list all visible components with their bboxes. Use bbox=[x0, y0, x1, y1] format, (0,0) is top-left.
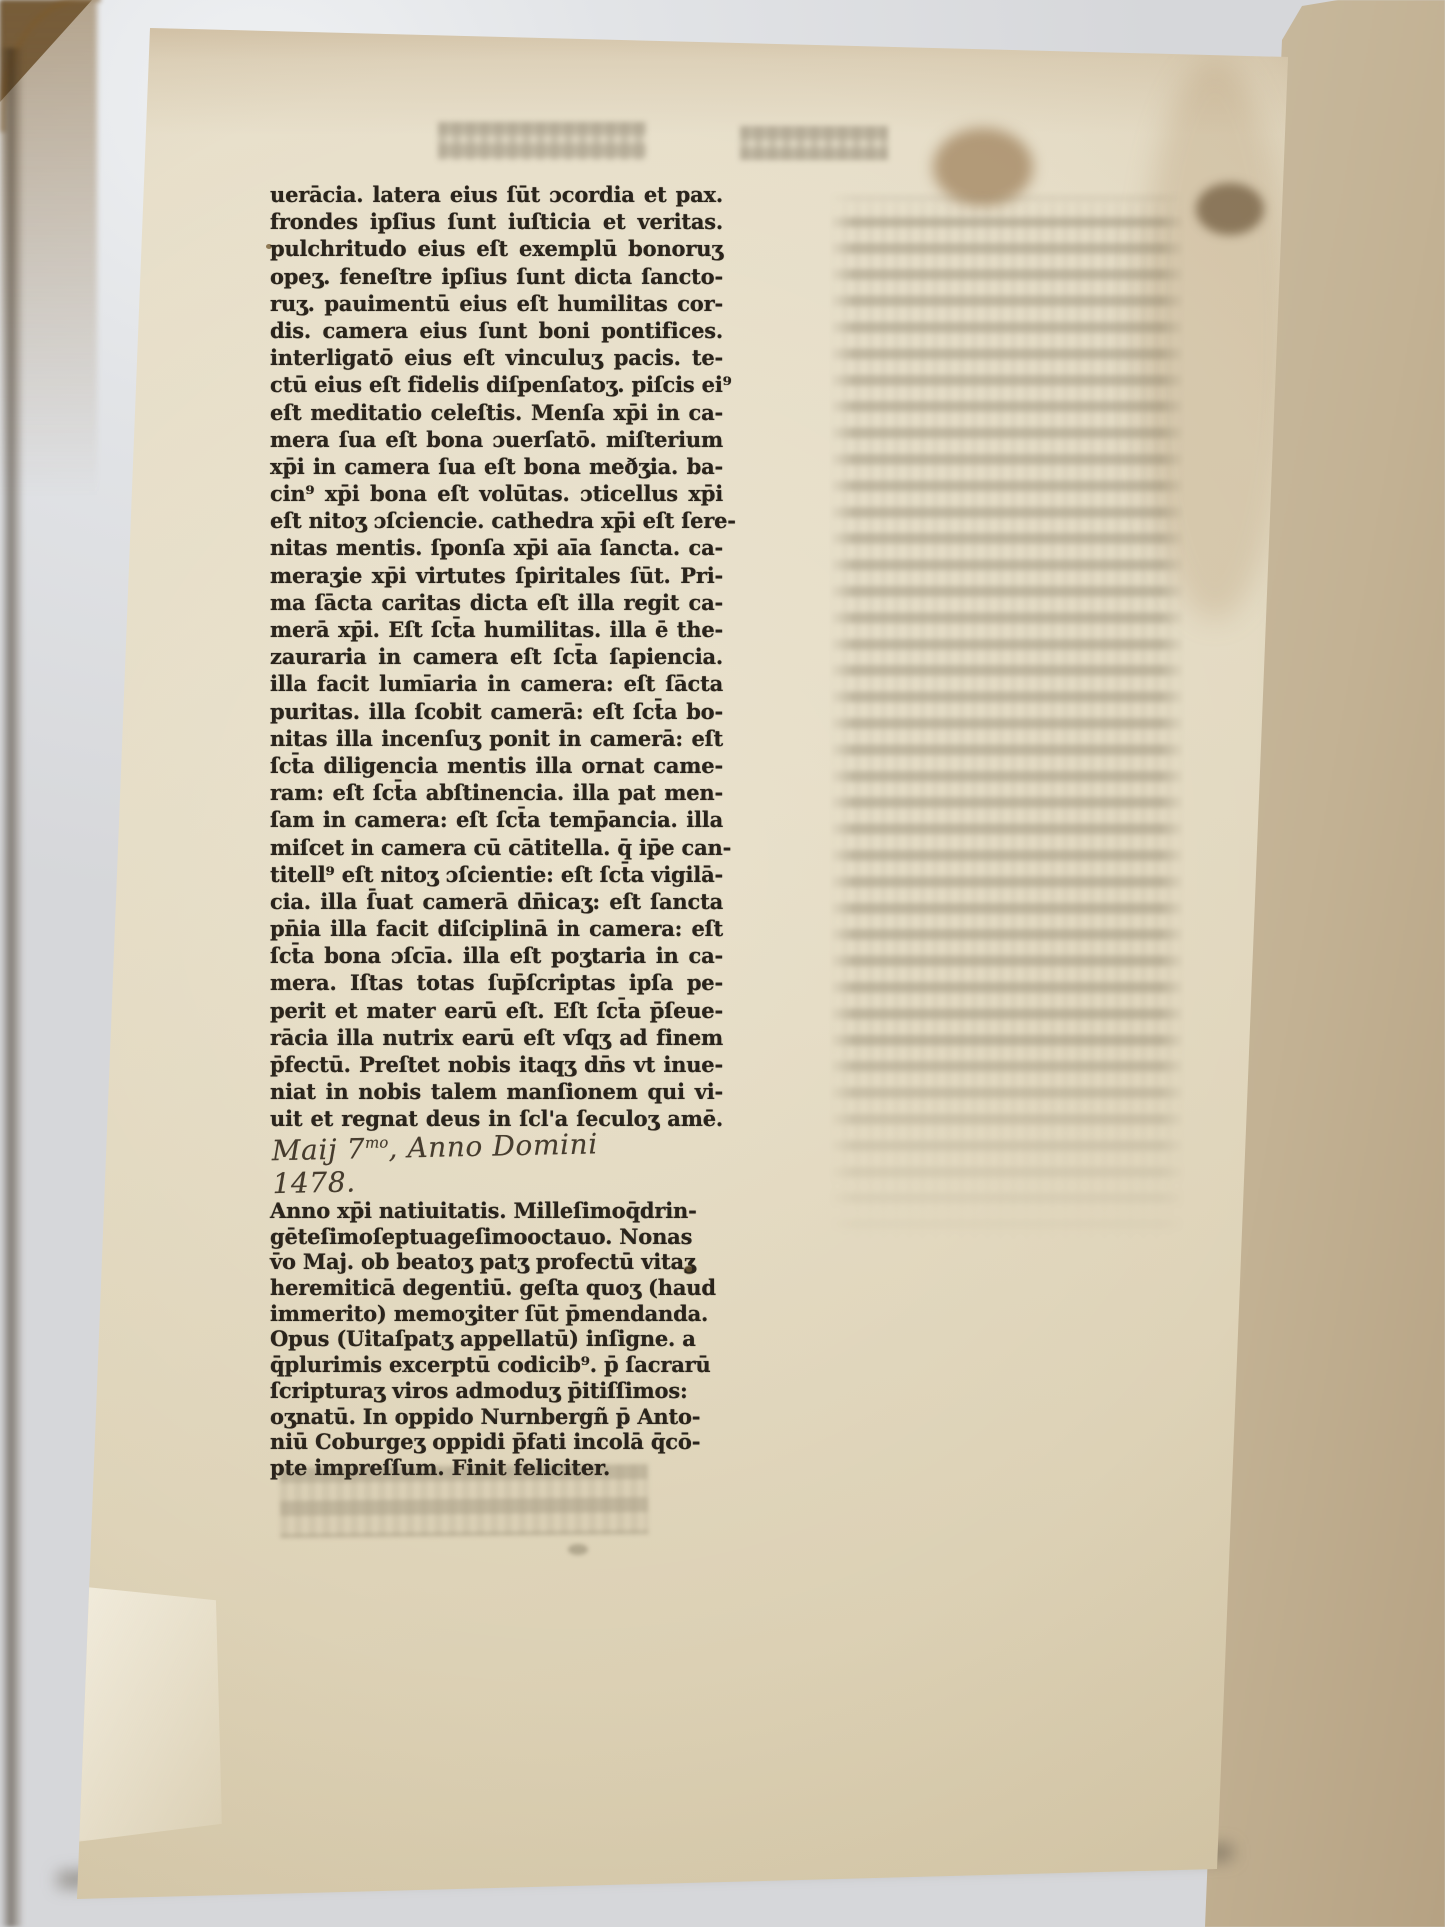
text-line: puritas. illa ſcobit camerā: eſt ſct̄a b… bbox=[270, 698, 723, 725]
text-line: Opus (Uitaſpatʒ appellatū) inſigne. a bbox=[270, 1326, 725, 1352]
colophon-block: Anno xp̄i natiuitatis. Milleſimoq̄drin-g… bbox=[270, 1198, 725, 1481]
text-line: mera. Iſtas totas ſup̄ſcriptas ipſa pe- bbox=[270, 969, 723, 996]
smudge-lower bbox=[568, 1544, 588, 1555]
page-corner-fold bbox=[70, 1582, 222, 1842]
text-line: xp̄i in camera ſua eſt bona meðʒia. ba- bbox=[270, 453, 723, 480]
text-line: mera ſua eſt bona ɔuerſatō. miſterium bbox=[270, 426, 723, 453]
text-line: eſt nitoʒ ɔſciencie. cathedra xp̄i eſt ſ… bbox=[270, 507, 723, 534]
text-line: immerito) memoʒiter ſūt p̄mendanda. bbox=[270, 1301, 725, 1327]
text-line: cin⁹ xp̄i bona eſt volūtas. ɔticellus xp… bbox=[270, 480, 723, 507]
text-line: gēteſimoſeptuageſimooctauo. Nonas bbox=[270, 1224, 725, 1250]
main-text-block: uerācia. latera eius ſūt ɔcordia et pax.… bbox=[270, 181, 723, 1133]
text-line: pn̄ia illa facit diſciplinā in camera: e… bbox=[270, 915, 723, 942]
text-line: nitas mentis. ſponſa xp̄i aīa ſancta. ca… bbox=[270, 534, 723, 561]
text-line: ſcripturaʒ viros admoduʒ p̄itiſſimos: bbox=[270, 1378, 725, 1404]
text-line: ruʒ. pauimentū eius eſt humilitas cor- bbox=[270, 290, 723, 317]
text-line: heremiticā degentiū. geſta quoʒ (haud bbox=[270, 1275, 725, 1301]
text-line: pte impreſſum. Finit feliciter. bbox=[270, 1455, 725, 1481]
annotation-date-text: Maij 7 bbox=[271, 1132, 365, 1167]
text-line: interligatō eius eſt vinculuʒ pacis. te- bbox=[270, 344, 723, 371]
showthrough-header-right bbox=[740, 126, 888, 160]
text-line: dis. camera eius ſunt boni pontifices. bbox=[270, 317, 723, 344]
text-line: oʒnatū. In oppido Nurnbergñ p̄ Anto- bbox=[270, 1404, 725, 1430]
text-line: Anno xp̄i natiuitatis. Milleſimoq̄drin- bbox=[270, 1198, 725, 1224]
text-line: ſct̄a bona ɔſcīa. illa eſt poʒtaria in c… bbox=[270, 942, 723, 969]
text-line: frondes ipſius ſunt iuſticia et veritas. bbox=[270, 208, 723, 235]
text-line: meraʒie xp̄i virtutes ſpiritales ſūt. Pr… bbox=[270, 562, 723, 589]
text-line: v̄o Maj. ob beatoʒ patʒ profectū vitaʒ bbox=[270, 1249, 725, 1275]
text-line: ctū eius eſt fidelis diſpenſatoʒ. piſcis… bbox=[270, 371, 723, 398]
text-line: merā xp̄i. Eſt ſct̄a humilitas. illa ē t… bbox=[270, 616, 723, 643]
text-line: q̄plurimis excerptū codicib⁹. p̄ ſacrarū bbox=[270, 1352, 725, 1378]
text-line: pulchritudo eius eſt exemplū bonoruʒ bbox=[270, 235, 723, 262]
text-line: ma ſācta caritas dicta eſt illa regit ca… bbox=[270, 589, 723, 616]
page-stain-top-right bbox=[1196, 183, 1264, 235]
text-line: ſam in camera: eſt ſct̄a temp̄ancia. ill… bbox=[270, 806, 723, 833]
text-line: miſcet in camera cū cātitella. q̄ ip̄e c… bbox=[270, 834, 723, 861]
text-line: ſct̄a diligencia mentis illa ornat came- bbox=[270, 752, 723, 779]
showthrough-text-column bbox=[828, 190, 1186, 1248]
text-line: rācia illa nutrix earū eſt vſqʒ ad finem bbox=[270, 1024, 723, 1051]
handwritten-annotation: Maij 7mo, Anno Domini 1478. bbox=[271, 1126, 672, 1188]
text-line: illa facit lumīaria in camera: eſt ſācta bbox=[270, 670, 723, 697]
text-line: nitas illa incenſuʒ ponit in camerā: eſt bbox=[270, 725, 723, 752]
text-line: perit et mater earū eſt. Eſt ſct̄a p̄ſeu… bbox=[270, 997, 723, 1024]
text-line: eſt meditatio celeſtis. Menſa xp̄i in ca… bbox=[270, 399, 723, 426]
text-line: niat in nobis talem manſionem qui vi- bbox=[270, 1078, 723, 1105]
text-line: titell⁹ eſt nitoʒ ɔſcientie: eſt ſct̄a v… bbox=[270, 861, 723, 888]
text-line: zauraria in camera eſt ſct̄a ſapiencia. bbox=[270, 643, 723, 670]
photo-scene: uerācia. latera eius ſūt ɔcordia et pax.… bbox=[0, 0, 1445, 1927]
text-line: cia. illa ſ̄uat camerā dn̄icaʒ: eſt ſanc… bbox=[270, 888, 723, 915]
showthrough-header-left bbox=[438, 122, 646, 160]
text-line: p̄fectū. Preſtet nobis itaqʒ dn̄s vt inu… bbox=[270, 1051, 723, 1078]
text-line: ram: eſt ſct̄a abſtinencia. illa pat men… bbox=[270, 779, 723, 806]
annotation-superscript: mo bbox=[365, 1133, 389, 1151]
text-line: niū Coburgeʒ oppidi p̄fati incolā q̄cō- bbox=[270, 1429, 725, 1455]
text-line: opeʒ. feneſtre ipſius ſunt dicta ſancto- bbox=[270, 263, 723, 290]
text-line: uerācia. latera eius ſūt ɔcordia et pax. bbox=[270, 181, 723, 208]
page-gutter-shadow bbox=[0, 48, 24, 1927]
showthrough-text-lines bbox=[828, 190, 1186, 1248]
